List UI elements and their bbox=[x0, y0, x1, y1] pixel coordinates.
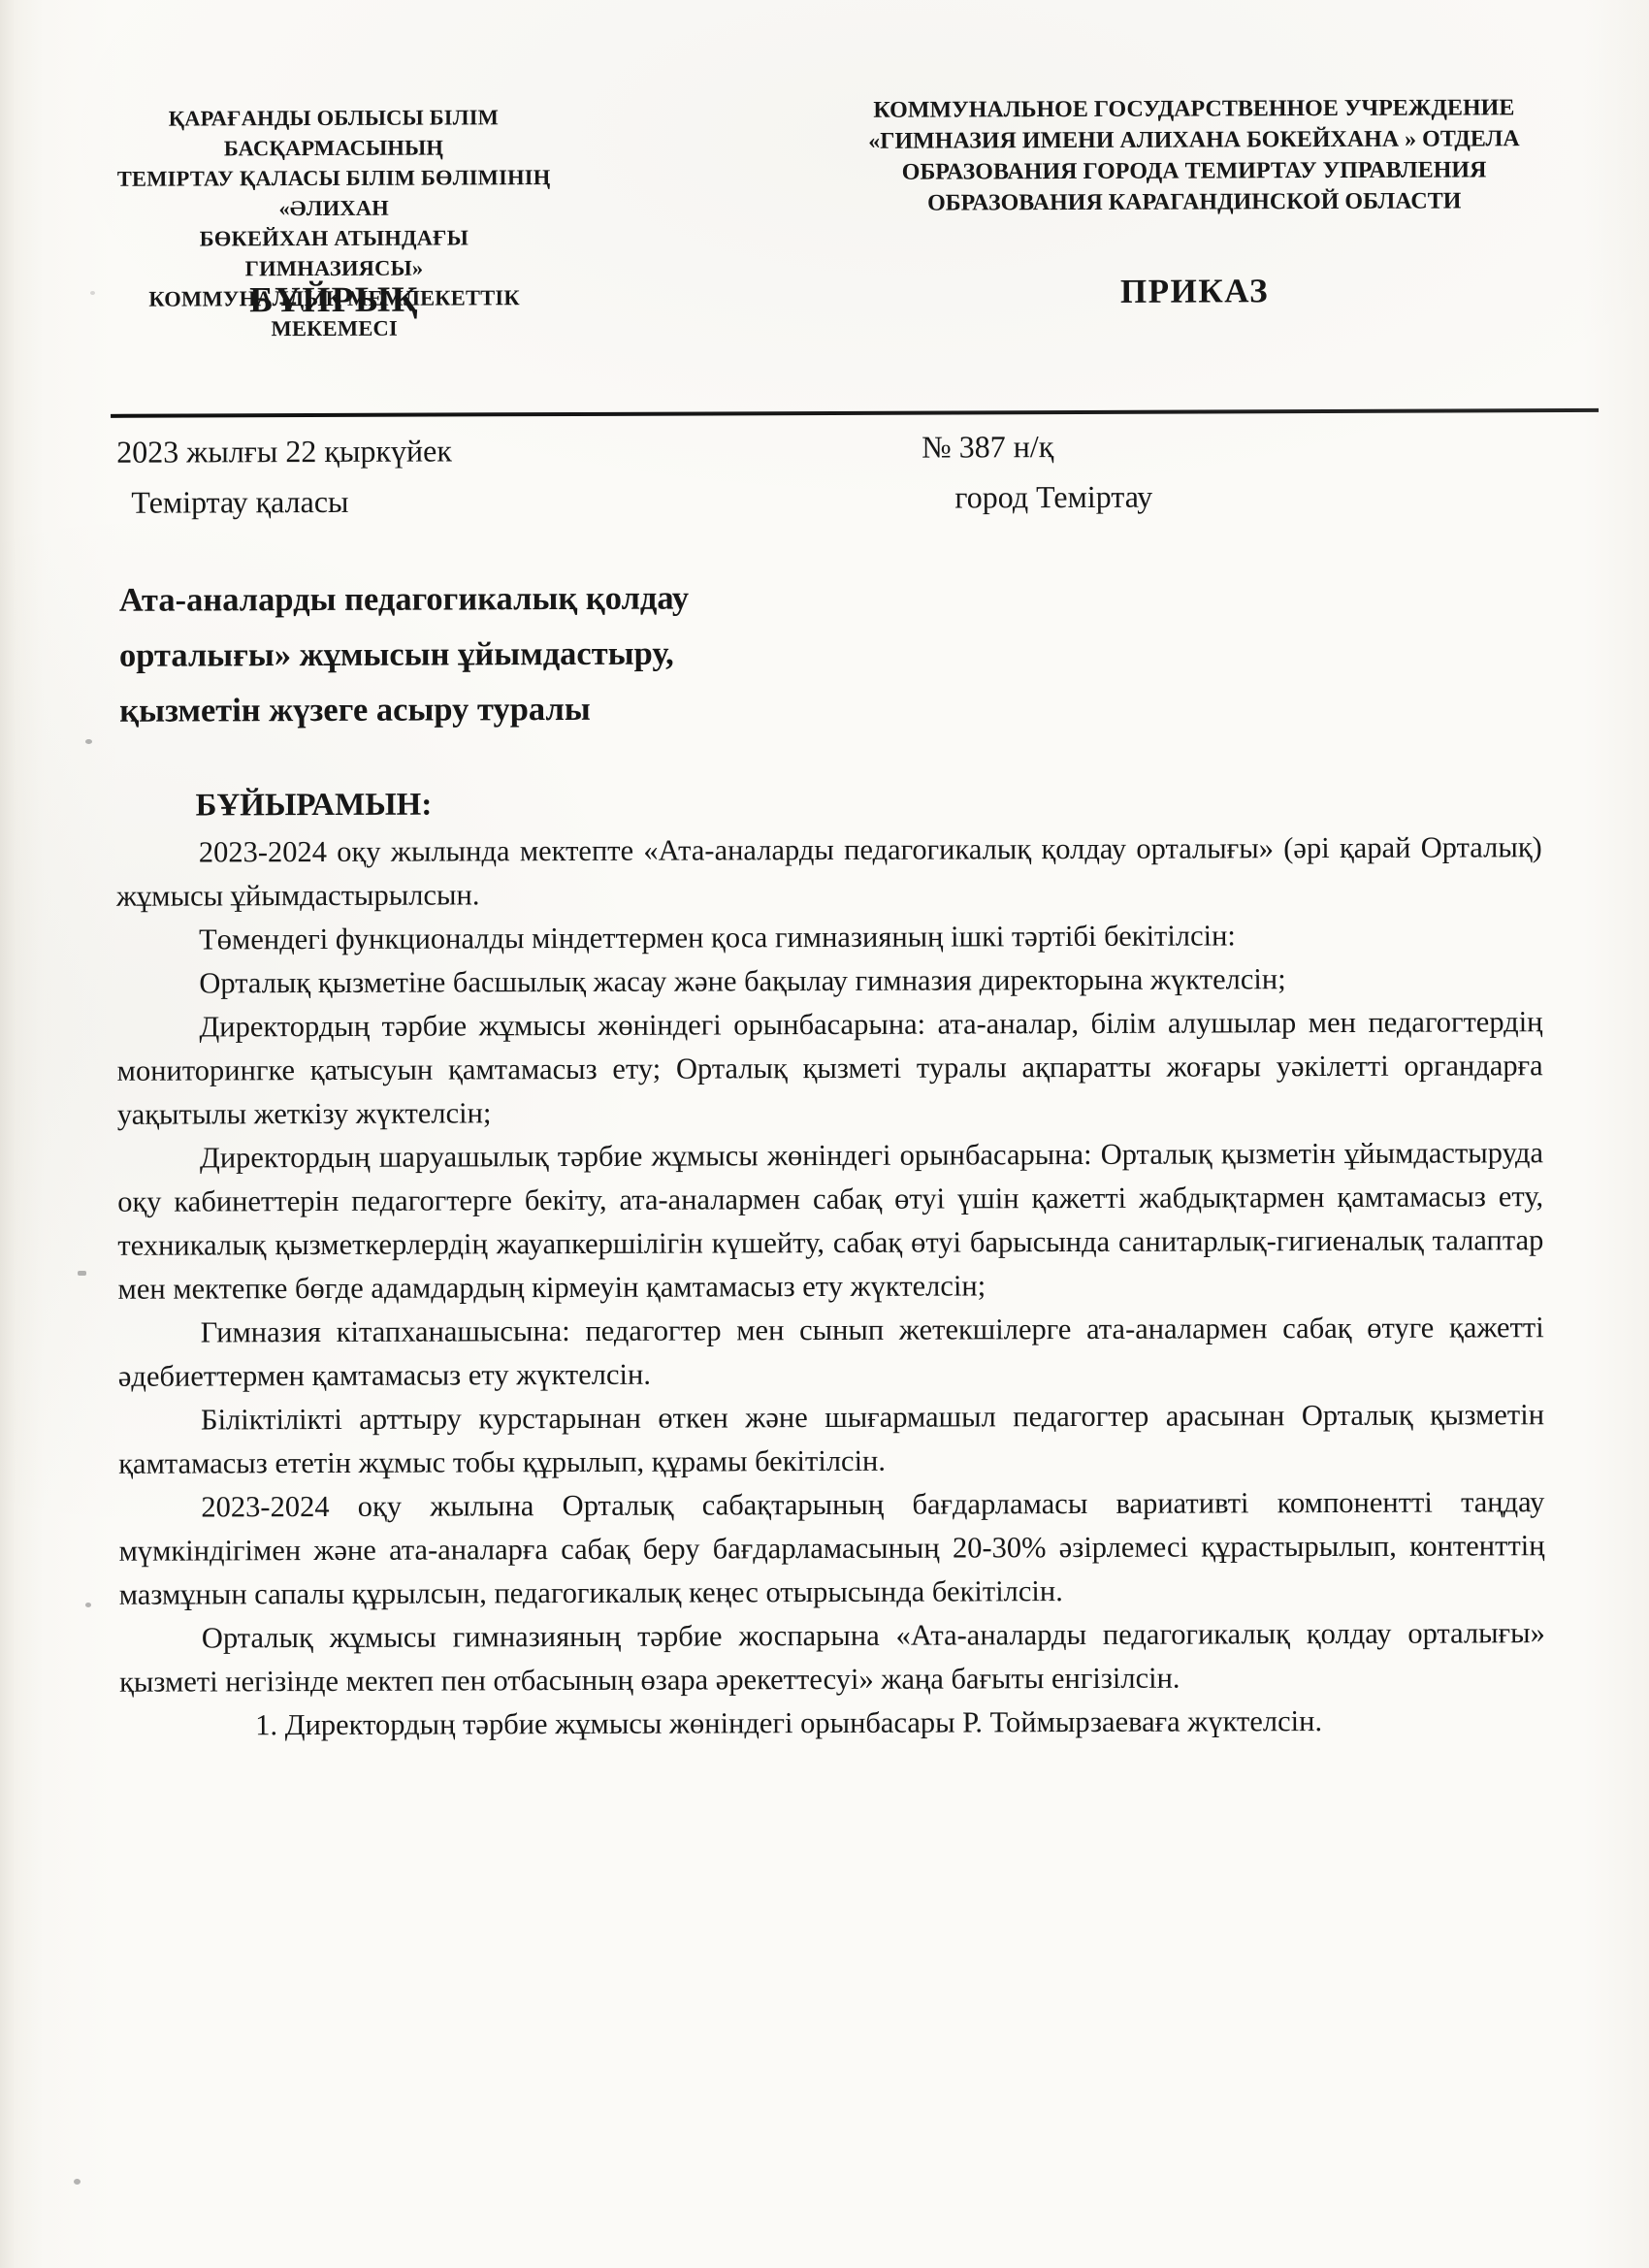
item-marker: 1. bbox=[255, 1708, 277, 1741]
org-name-line: «ГИМНАЗИЯ ИМЕНИ АЛИХАНА БОКЕЙХАНА » ОТДЕ… bbox=[841, 123, 1547, 157]
order-heading-russian: ПРИКАЗ bbox=[841, 271, 1547, 312]
document-content: ҚАРАҒАНДЫ ОБЛЫСЫ БІЛІМ БАСҚАРМАСЫНЫҢ ТЕМ… bbox=[0, 0, 1649, 2268]
separator-line bbox=[111, 408, 1599, 418]
order-body: БҰЙЫРАМЫН: 2023-2024 оқу жылында мектепт… bbox=[116, 779, 1546, 1748]
org-name-russian: КОММУНАЛЬНОЕ ГОСУДАРСТВЕННОЕ УЧРЕЖДЕНИЕ … bbox=[841, 92, 1547, 219]
scanned-order-document: ҚАРАҒАНДЫ ОБЛЫСЫ БІЛІМ БАСҚАРМАСЫНЫҢ ТЕМ… bbox=[0, 0, 1649, 2268]
org-name-line: ОБРАЗОВАНИЯ ГОРОДА ТЕМИРТАУ УПРАВЛЕНИЯ bbox=[841, 154, 1547, 188]
body-paragraph: Орталық қызметіне басшылық жасау және ба… bbox=[116, 956, 1542, 1006]
body-paragraph: Директордың тәрбие жұмысы жөніндегі орын… bbox=[116, 1000, 1543, 1137]
item-text: Директордың тәрбие жұмысы жөніндегі орын… bbox=[285, 1704, 1322, 1741]
order-place-russian: город Теміртау bbox=[954, 479, 1152, 516]
org-name-line: БӨКЕЙХАН АТЫНДАҒЫ ГИМНАЗИЯСЫ» bbox=[110, 222, 558, 284]
org-name-line: КОММУНАЛЬНОЕ ГОСУДАРСТВЕННОЕ УЧРЕЖДЕНИЕ bbox=[841, 92, 1547, 126]
body-paragraph: Гимназия кітапханашысына: педагогтер мен… bbox=[118, 1306, 1544, 1399]
order-date: 2023 жылғы 22 қыркүйек bbox=[116, 433, 452, 470]
order-number: № 387 н/қ bbox=[921, 429, 1053, 466]
scan-speck bbox=[90, 291, 95, 295]
subject-line: Ата-аналарды педагогикалық қолдау bbox=[119, 571, 690, 629]
order-subject: Ата-аналарды педагогикалық қолдау орталы… bbox=[119, 571, 690, 739]
body-paragraph: Орталық жұмысы гимназияның тәрбие жоспар… bbox=[119, 1611, 1545, 1704]
order-place-kazakh: Теміртау қаласы bbox=[131, 484, 348, 521]
org-name-line: ТЕМІРТАУ ҚАЛАСЫ БІЛІМ БӨЛІМІНІҢ «ӘЛИХАН bbox=[110, 162, 558, 224]
order-heading-kazakh: БҰЙРЫҚ bbox=[111, 278, 559, 322]
body-paragraph: Төмендегі функционалды міндеттермен қоса… bbox=[116, 913, 1542, 962]
scan-speck bbox=[85, 1603, 91, 1607]
body-paragraph: Біліктілікті арттыру курстарынан өткен ж… bbox=[118, 1393, 1544, 1486]
subject-line: қызметін жүзеге асыру туралы bbox=[119, 682, 690, 739]
body-paragraph: Директордың шаруашылық тәрбие жұмысы жөн… bbox=[117, 1131, 1544, 1312]
resolution-heading: БҰЙЫРАМЫН: bbox=[196, 779, 1542, 827]
scan-speck bbox=[78, 1271, 86, 1276]
body-paragraph: 2023-2024 оқу жылында мектепте «Ата-анал… bbox=[116, 826, 1542, 919]
body-paragraph: 2023-2024 оқу жылына Орталық сабақтарыны… bbox=[118, 1480, 1545, 1617]
scan-speck bbox=[85, 739, 92, 744]
subject-line: орталығы» жұмысын ұйымдастыру, bbox=[119, 627, 690, 684]
org-name-line: ҚАРАҒАНДЫ ОБЛЫСЫ БІЛІМ БАСҚАРМАСЫНЫҢ bbox=[110, 102, 558, 164]
org-name-line: ОБРАЗОВАНИЯ КАРАГАНДИНСКОЙ ОБЛАСТИ bbox=[841, 185, 1547, 219]
numbered-item: 1. Директордың тәрбие жұмысы жөніндегі о… bbox=[119, 1699, 1545, 1748]
scan-speck bbox=[74, 2179, 81, 2185]
